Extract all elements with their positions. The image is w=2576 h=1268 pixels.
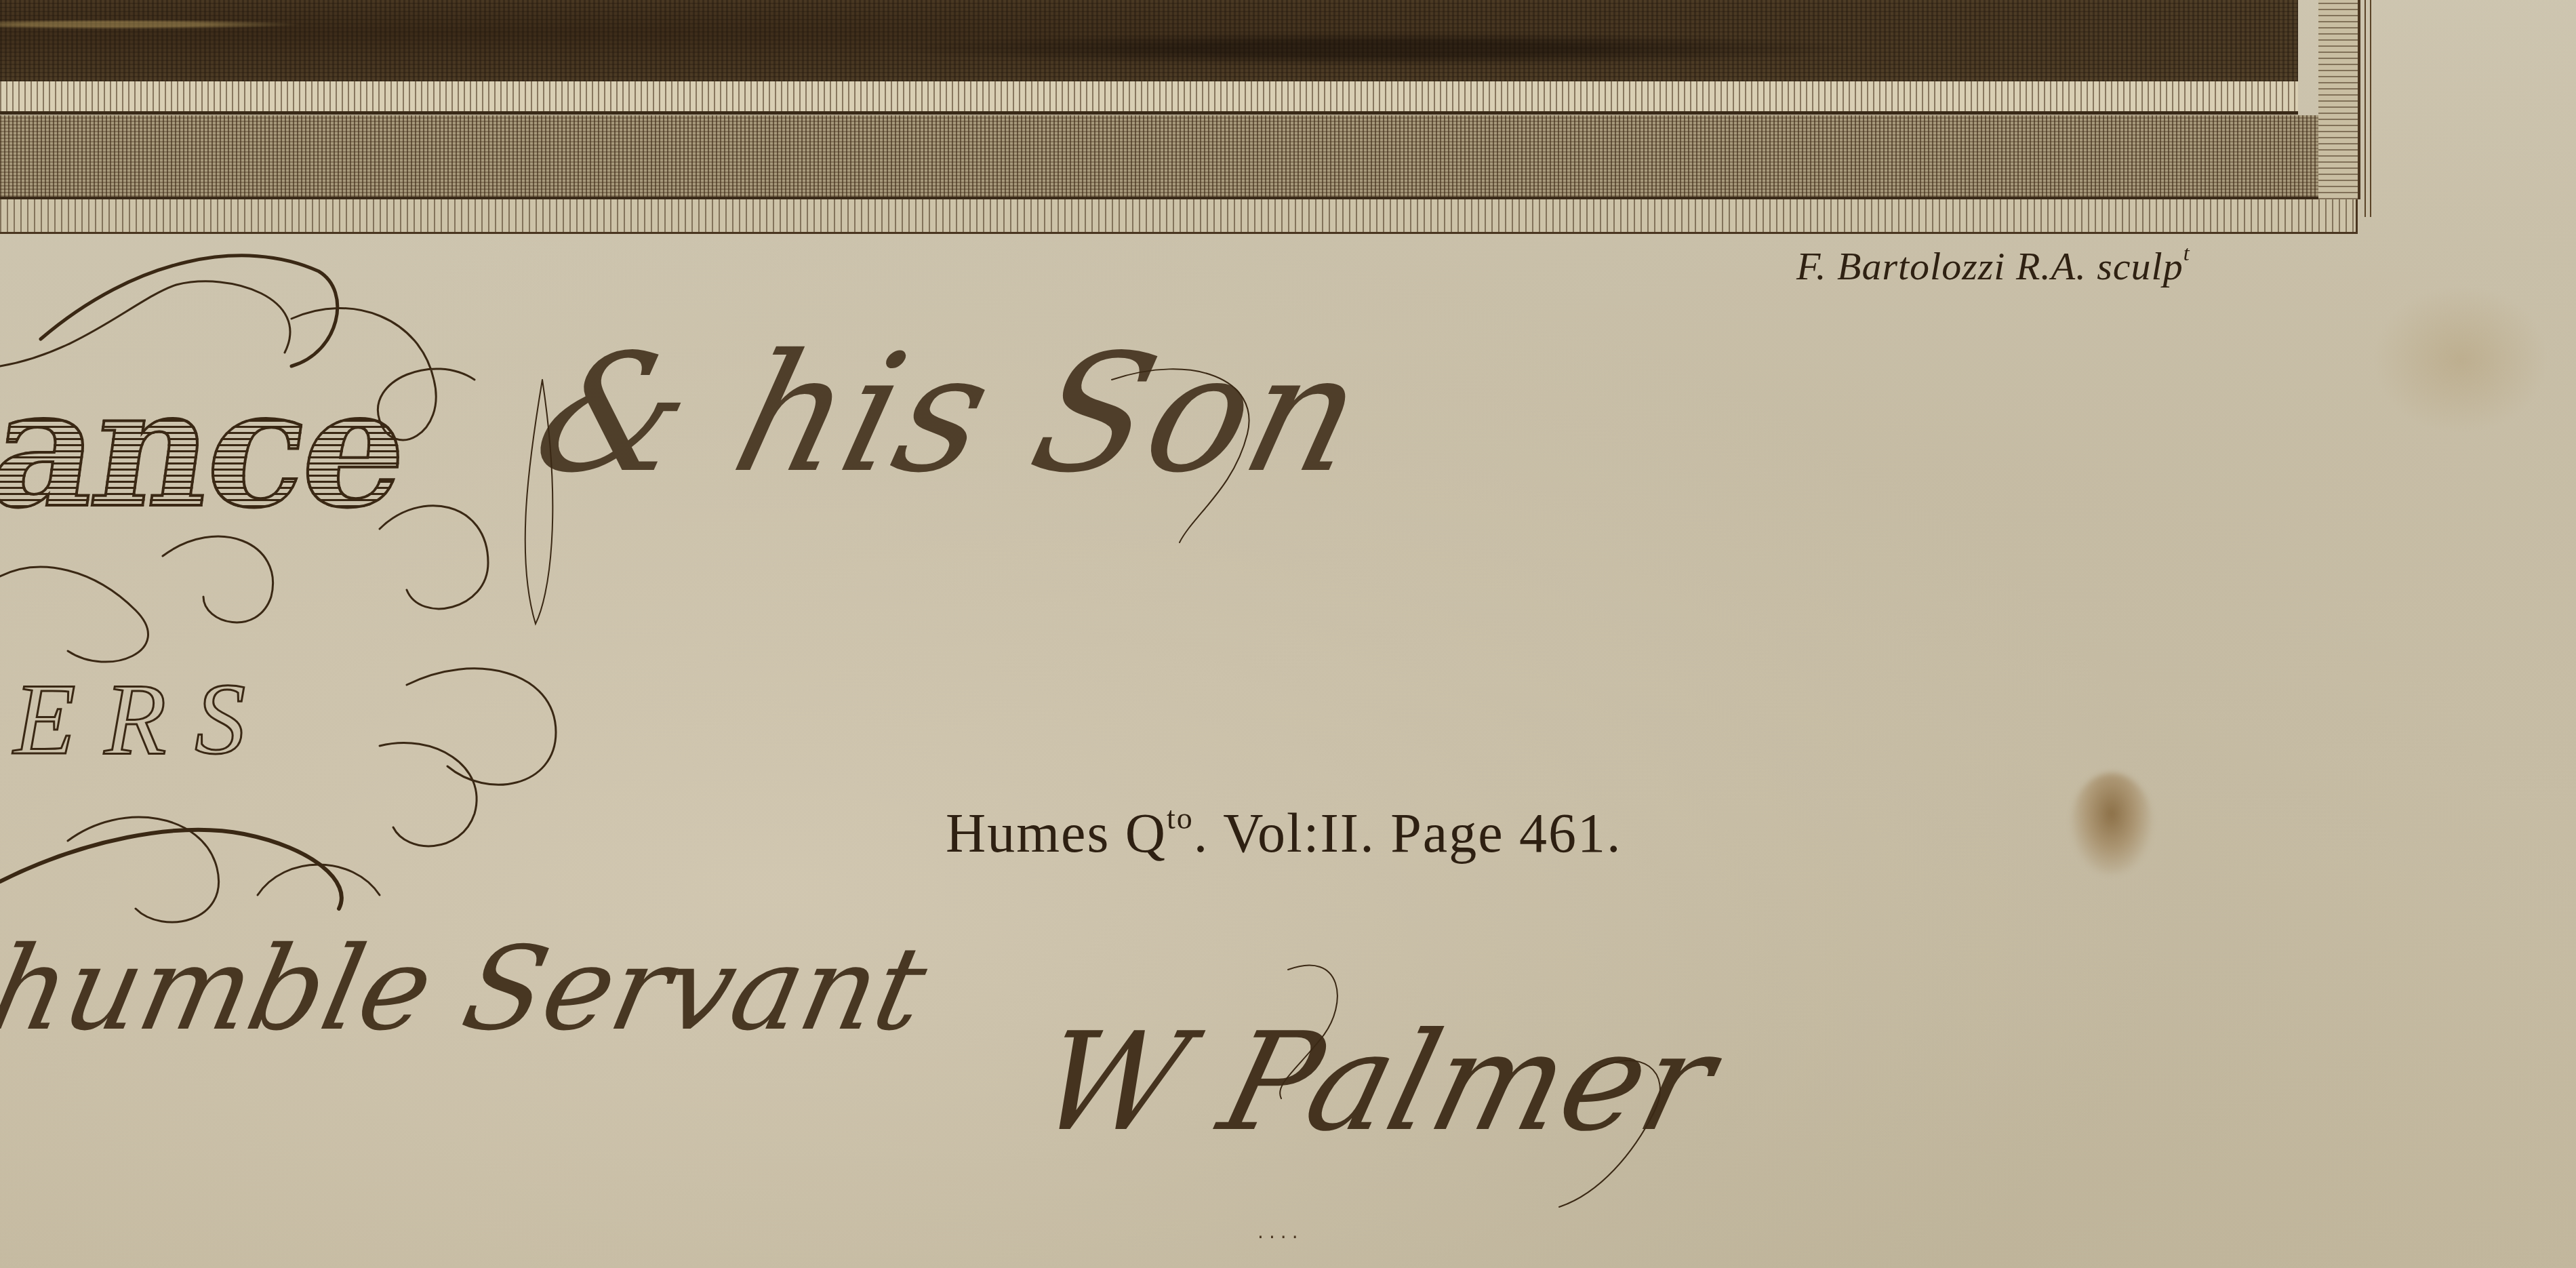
faint-stain <box>2373 285 2549 434</box>
plate-outer-border <box>0 199 2358 234</box>
reference-line: Humes Qto. Vol:II. Page 461. <box>946 800 1622 865</box>
caption-subtitle-fragment: ERS <box>14 661 274 778</box>
engraved-plate <box>0 0 2454 244</box>
engraver-credit: F. Bartolozzi R.A. sculpt <box>1796 241 2190 289</box>
signature-palmer: W Palmer <box>1024 1004 1729 1162</box>
reference-superscript: to <box>1167 801 1194 835</box>
reference-prefix: Humes Q <box>946 802 1167 864</box>
plate-inner-border <box>0 81 2298 115</box>
plate-right-border <box>2318 0 2360 199</box>
reference-suffix: . Vol:II. Page 461. <box>1194 802 1622 864</box>
engraver-superscript: t <box>2183 241 2190 265</box>
print-sheet: F. Bartolozzi R.A. sculpt ance ERS & his… <box>0 0 2576 1268</box>
bottom-marks: .... <box>1257 1221 1304 1243</box>
plate-stippled-frame <box>0 115 2321 199</box>
caption-title-fragment: ance <box>0 353 417 544</box>
plate-image-area <box>0 0 2298 81</box>
plate-edge-line <box>2364 0 2371 217</box>
engraver-name: F. Bartolozzi R.A. sculp <box>1796 244 2183 288</box>
closing-humble-servant: humble Servant <box>0 922 938 1056</box>
script-addition-his-son: & his Son <box>519 319 1381 509</box>
foxing-stain <box>2071 773 2152 875</box>
